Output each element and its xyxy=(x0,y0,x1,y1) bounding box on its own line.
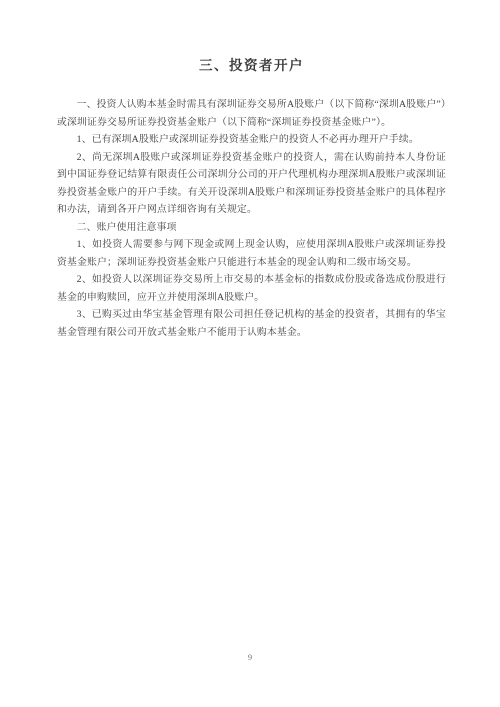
paragraph: 2、如投资人以深圳证券交易所上市交易的本基金标的指数成份股或备选成份股进行基金的… xyxy=(57,271,446,306)
paragraph: 2、尚无深圳A股账户或深圳证券投资基金账户的投资人，需在认购前持本人身份证到中国… xyxy=(57,149,446,219)
document-page: 三、投资者开户 一、投资人认购本基金时需具有深圳证券交易所A股账户（以下简称“深… xyxy=(0,0,500,707)
page-number: 9 xyxy=(0,651,500,663)
paragraph: 1、如投资人需要参与网下现金或网上现金认购，应使用深圳A股账户或深圳证券投资基金… xyxy=(57,236,446,271)
paragraph: 二、账户使用注意事项 xyxy=(57,219,446,237)
body-text: 一、投资人认购本基金时需具有深圳证券交易所A股账户（以下简称“深圳A股账户”）或… xyxy=(57,96,446,341)
paragraph: 3、已购买过由华宝基金管理有限公司担任登记机构的基金的投资者，其拥有的华宝基金管… xyxy=(57,306,446,341)
paragraph: 1、已有深圳A股账户或深圳证券投资基金账户的投资人不必再办理开户手续。 xyxy=(57,131,446,149)
document-content: 三、投资者开户 一、投资人认购本基金时需具有深圳证券交易所A股账户（以下简称“深… xyxy=(57,56,446,341)
paragraph: 一、投资人认购本基金时需具有深圳证券交易所A股账户（以下简称“深圳A股账户”）或… xyxy=(57,96,446,131)
section-title: 三、投资者开户 xyxy=(57,56,446,76)
